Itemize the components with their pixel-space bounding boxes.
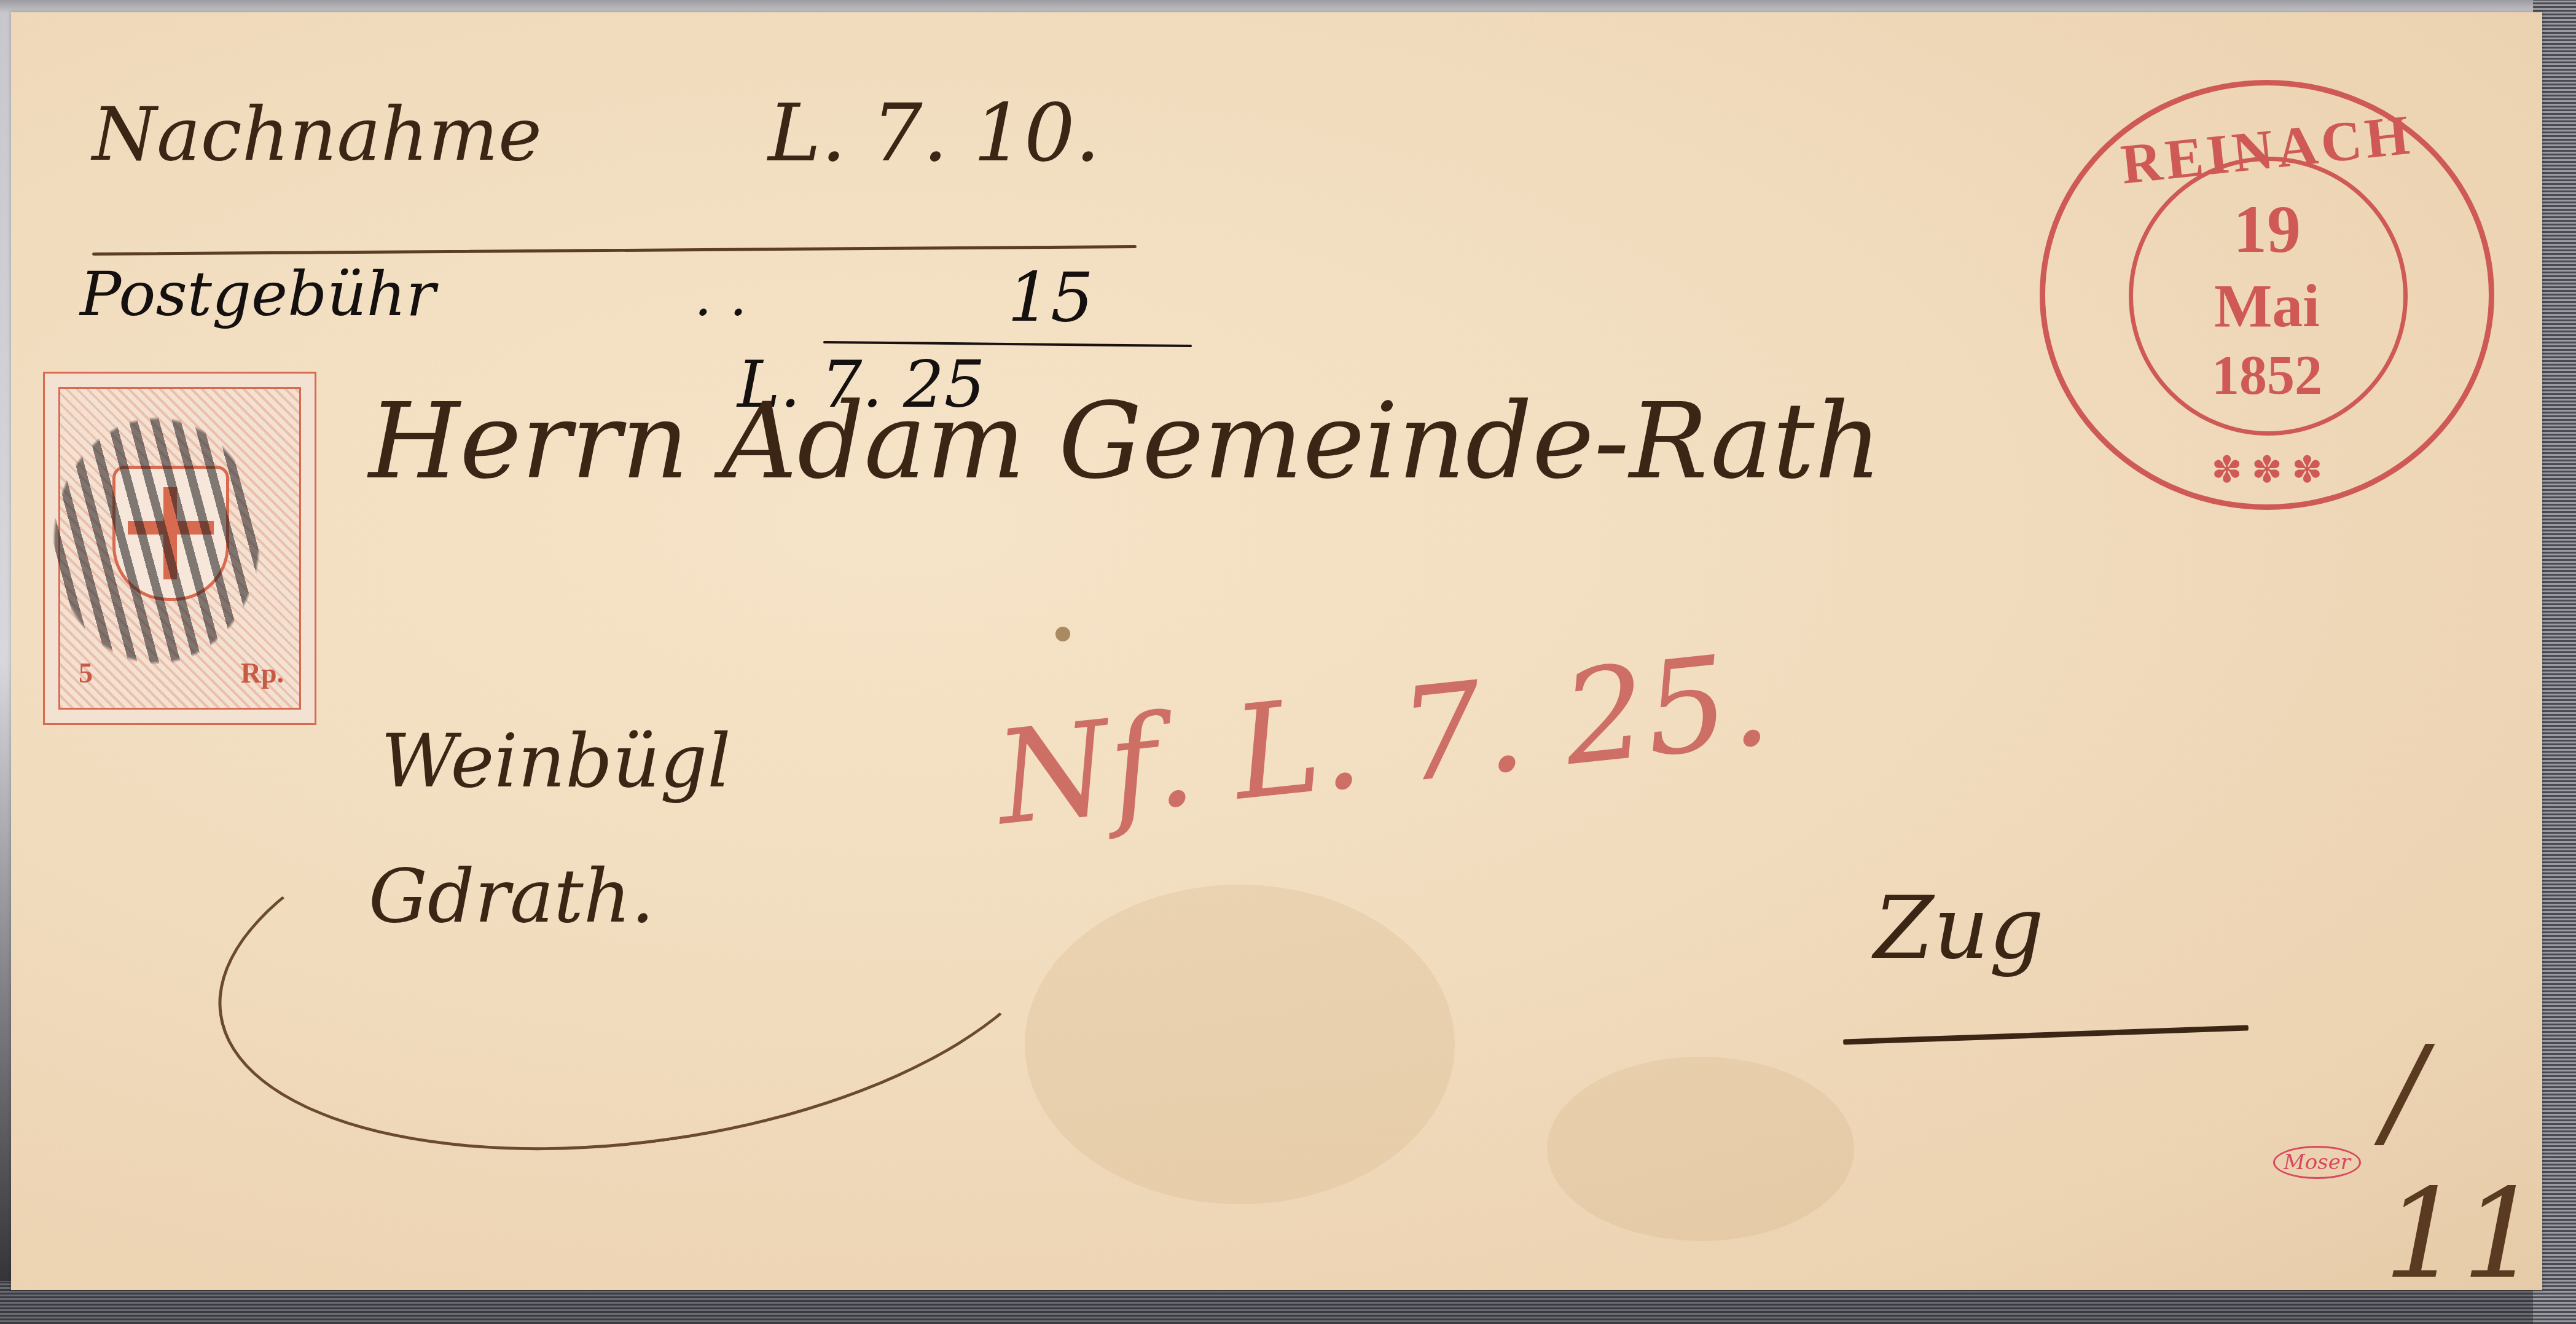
address-line-1: Herrn Adam Gemeinde-Rath [369,381,1882,503]
postgebuehr-dots: . . [694,264,747,329]
paper-stain [1547,1057,1854,1241]
address-line-2: Zug [1874,879,2044,979]
postmark-day: 19 [2040,190,2494,268]
paper-stain [1025,885,1455,1204]
ink-spot [1055,627,1070,641]
nachnahme-label: Nachnahme [92,92,542,178]
postgebuehr-amount: 15 [1008,258,1094,337]
grid-cancellation [12,369,301,713]
tally-mark: / 11 [2384,1020,2576,1306]
postmark-year: 1852 [2040,344,2494,407]
postmark-ornament-icon: ✽ ✽ ✽ [2040,449,2494,492]
postmark-month: Mai [2040,270,2494,341]
expert-mark: Moser [2273,1146,2361,1179]
nachnahme-amount: L. 7. 10. [768,86,1100,179]
postmark: REINACH 19 Mai 1852 ✽ ✽ ✽ [2040,80,2494,510]
postgebuehr-label: Postgebühr [80,258,436,330]
